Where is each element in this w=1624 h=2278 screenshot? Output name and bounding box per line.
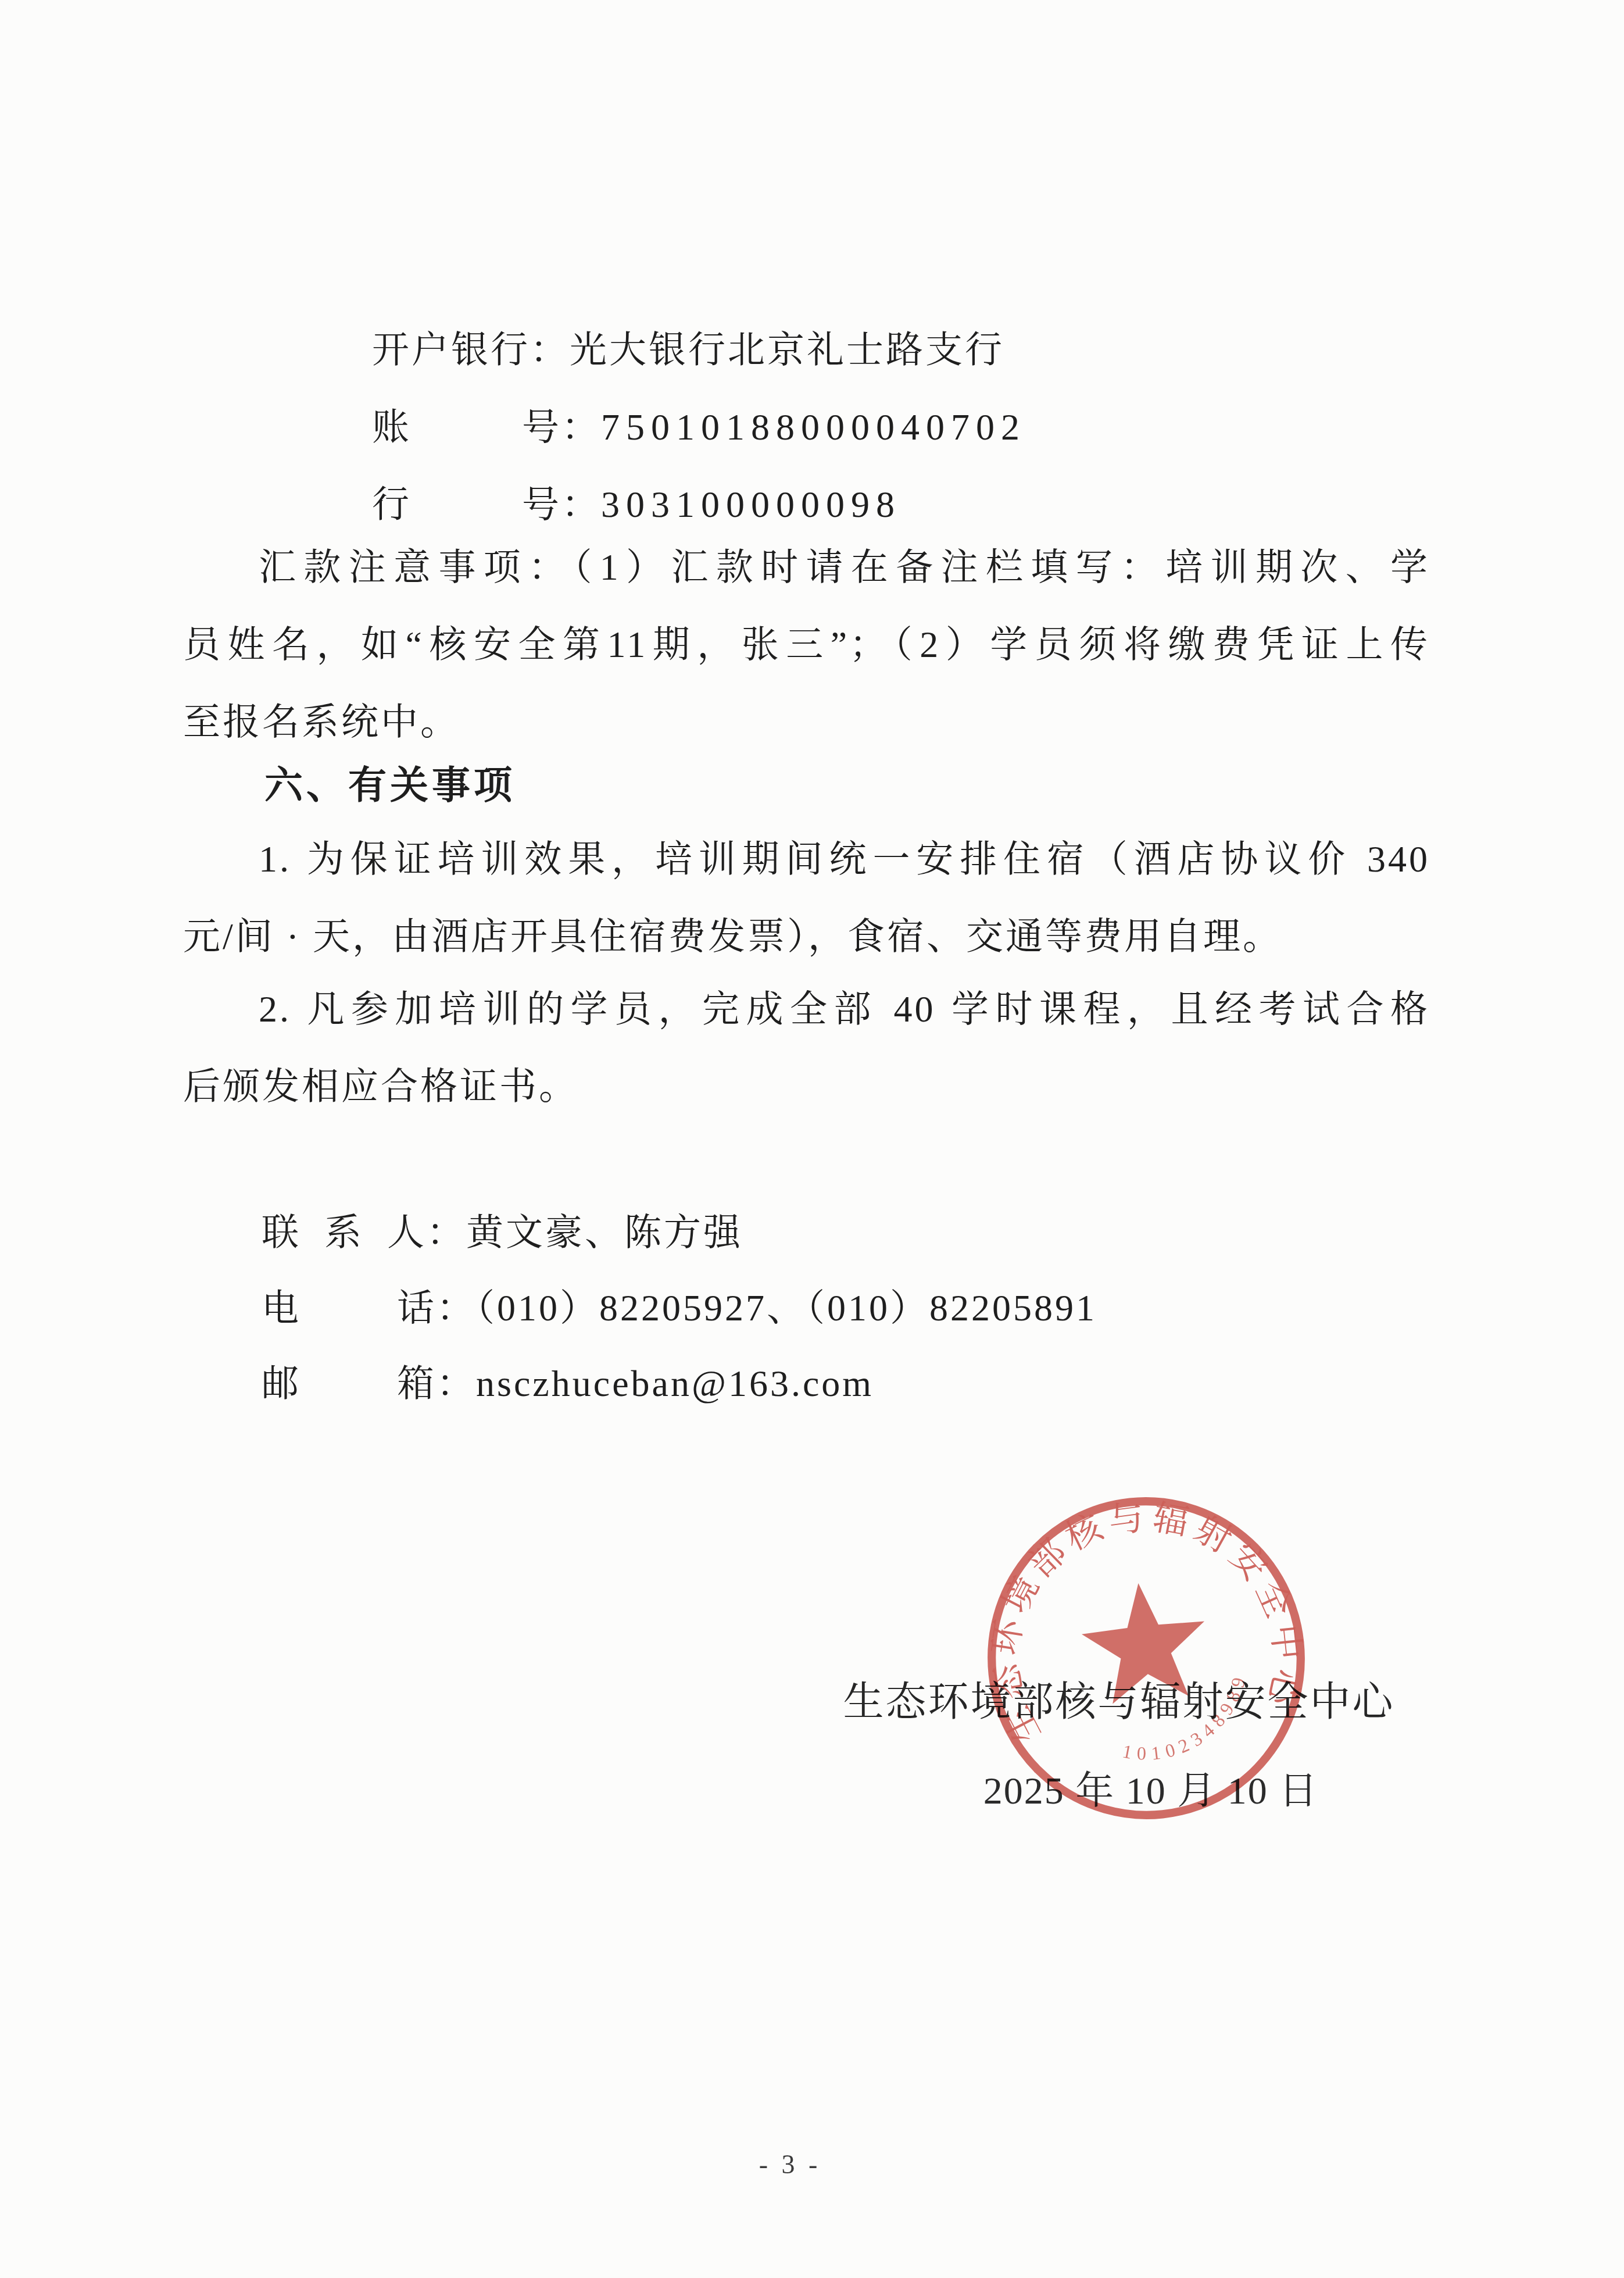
remittance-notes-paragraph: 汇款注意事项：（1）汇款时请在备注栏填写：培训期次、学 员姓名，如“核安全第11… [183, 529, 1430, 760]
branch-label-b: 号： [522, 484, 601, 525]
page-number: - 3 - [0, 2149, 1602, 2180]
contact-person-value: 黄文豪、陈方强 [466, 1212, 743, 1253]
contact-person-line: 联 系 人：黄文豪、陈方强 [262, 1195, 1424, 1270]
bank-info-block: 开户银行：光大银行北京礼士路支行 账号：75010188000040702 行号… [372, 311, 1476, 543]
remit-line-2: 员姓名，如“核安全第11期，张三”；（2）学员须将缴费凭证上传 [183, 606, 1430, 683]
phone-label-b: 话： [397, 1287, 476, 1329]
contact-block: 联 系 人：黄文豪、陈方强 电话：（010）82205927、（010）8220… [262, 1195, 1424, 1422]
seal-star-icon [1077, 1577, 1212, 1706]
contact-email-line: 邮箱：nsczhuceban@163.com [262, 1346, 1424, 1422]
item2-line-1: 2. 凡参加培训的学员，完成全部 40 学时课程，且经考试合格 [183, 970, 1430, 1048]
item1-line-2: 元/间 · 天，由酒店开具住宿费发票），食宿、交通等费用自理。 [183, 898, 1430, 975]
item2-line-2: 后颁发相应合格证书。 [183, 1048, 1430, 1125]
account-number-line: 账号：75010188000040702 [372, 388, 1476, 466]
label-spacer [412, 439, 522, 440]
bank-name-line: 开户银行：光大银行北京礼士路支行 [372, 311, 1476, 388]
svg-text:10102348989: 10102348989 [1113, 1671, 1258, 1768]
official-seal: 生态环境部核与辐射安全中心 10102348989 [965, 1477, 1328, 1840]
item-1-paragraph: 1. 为保证培训效果，培训期间统一安排住宿（酒店协议价 340 元/间 · 天，… [183, 820, 1430, 975]
account-number-value: 75010188000040702 [601, 406, 1026, 448]
label-spacer [301, 1395, 397, 1396]
item1-line-1: 1. 为保证培训效果，培训期间统一安排住宿（酒店协议价 340 [183, 820, 1430, 898]
label-spacer [412, 516, 522, 517]
label-spacer [301, 1320, 397, 1320]
official-seal-graphic: 生态环境部核与辐射安全中心 10102348989 [965, 1477, 1328, 1840]
seal-code-digits: 10102348989 [1113, 1671, 1258, 1768]
email-label-a: 邮 [262, 1363, 301, 1404]
contact-phone-value: （010）82205927、（010）82205891 [476, 1287, 1097, 1329]
remit-line-1: 汇款注意事项：（1）汇款时请在备注栏填写：培训期次、学 [183, 529, 1430, 606]
contact-person-label: 联 系 人： [262, 1212, 466, 1253]
account-label-b: 号： [522, 406, 601, 448]
item-2-paragraph: 2. 凡参加培训的学员，完成全部 40 学时课程，且经考试合格 后颁发相应合格证… [183, 970, 1430, 1125]
phone-label-a: 电 [262, 1287, 301, 1329]
branch-number-value: 303100000098 [601, 484, 901, 525]
branch-label-a: 行 [372, 484, 412, 525]
section-heading: 六、有关事项 [264, 747, 516, 824]
email-label-b: 箱： [397, 1363, 476, 1404]
contact-email-value: nsczhuceban@163.com [476, 1363, 874, 1404]
bank-name-text: 开户银行：光大银行北京礼士路支行 [372, 329, 1004, 370]
contact-phone-line: 电话：（010）82205927、（010）82205891 [262, 1270, 1424, 1346]
document-page: 开户银行：光大银行北京礼士路支行 账号：75010188000040702 行号… [0, 0, 1624, 2278]
account-label-a: 账 [372, 406, 412, 448]
